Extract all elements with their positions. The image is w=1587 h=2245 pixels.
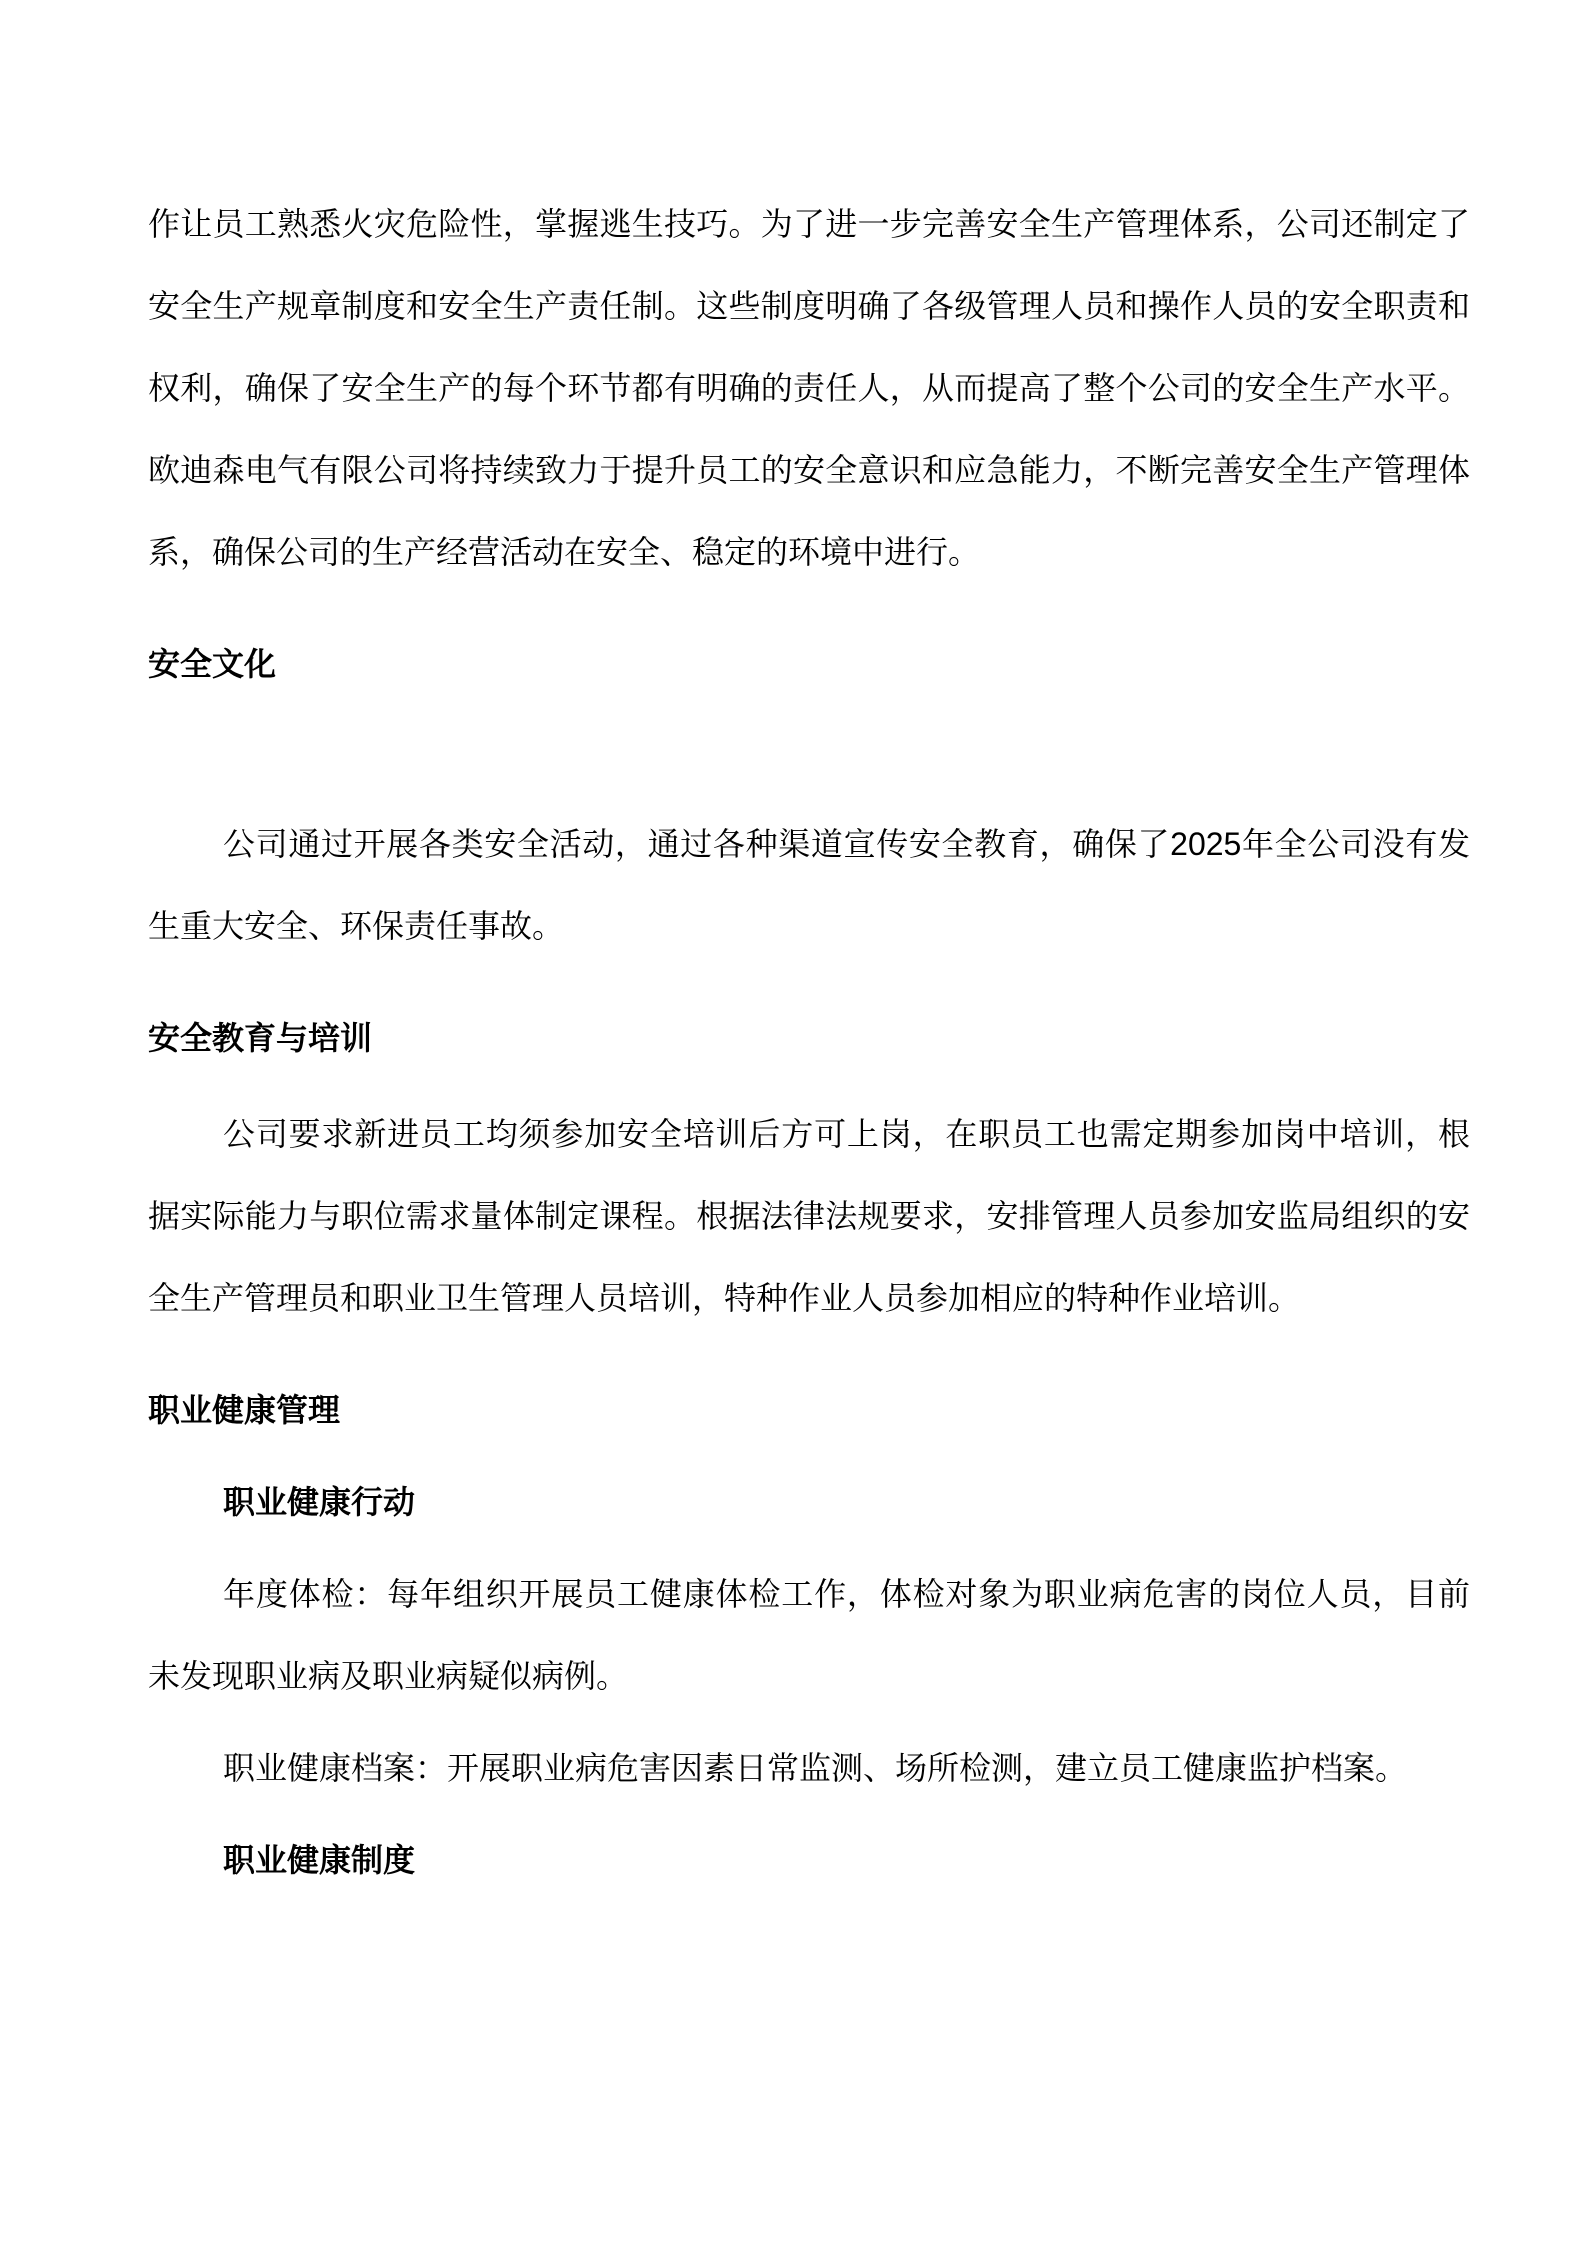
subheading-occupational-health-system: 职业健康制度 <box>148 1819 1470 1901</box>
paragraph-safety-system-continuation: 作让员工熟悉火灾危险性，掌握逃生技巧。为了进一步完善安全生产管理体系，公司还制定… <box>148 183 1470 593</box>
subheading-occupational-health-actions: 职业健康行动 <box>148 1461 1470 1543</box>
heading-safety-culture: 安全文化 <box>148 623 1470 705</box>
heading-occupational-health-management: 职业健康管理 <box>148 1369 1470 1451</box>
paragraph-annual-checkup: 年度体检：每年组织开展员工健康体检工作，体检对象为职业病危害的岗位人员，目前未发… <box>148 1553 1470 1717</box>
paragraph-safety-culture: 公司通过开展各类安全活动，通过各种渠道宣传安全教育，确保了2025年全公司没有发… <box>148 803 1470 967</box>
document-page: 作让员工熟悉火灾危险性，掌握逃生技巧。为了进一步完善安全生产管理体系，公司还制定… <box>0 0 1587 2245</box>
paragraph-safety-education-training: 公司要求新进员工均须参加安全培训后方可上岗，在职员工也需定期参加岗中培训，根据实… <box>148 1093 1470 1339</box>
heading-safety-education-training: 安全教育与培训 <box>148 997 1470 1079</box>
paragraph-occupational-health-records: 职业健康档案：开展职业病危害因素日常监测、场所检测，建立员工健康监护档案。 <box>148 1727 1470 1809</box>
